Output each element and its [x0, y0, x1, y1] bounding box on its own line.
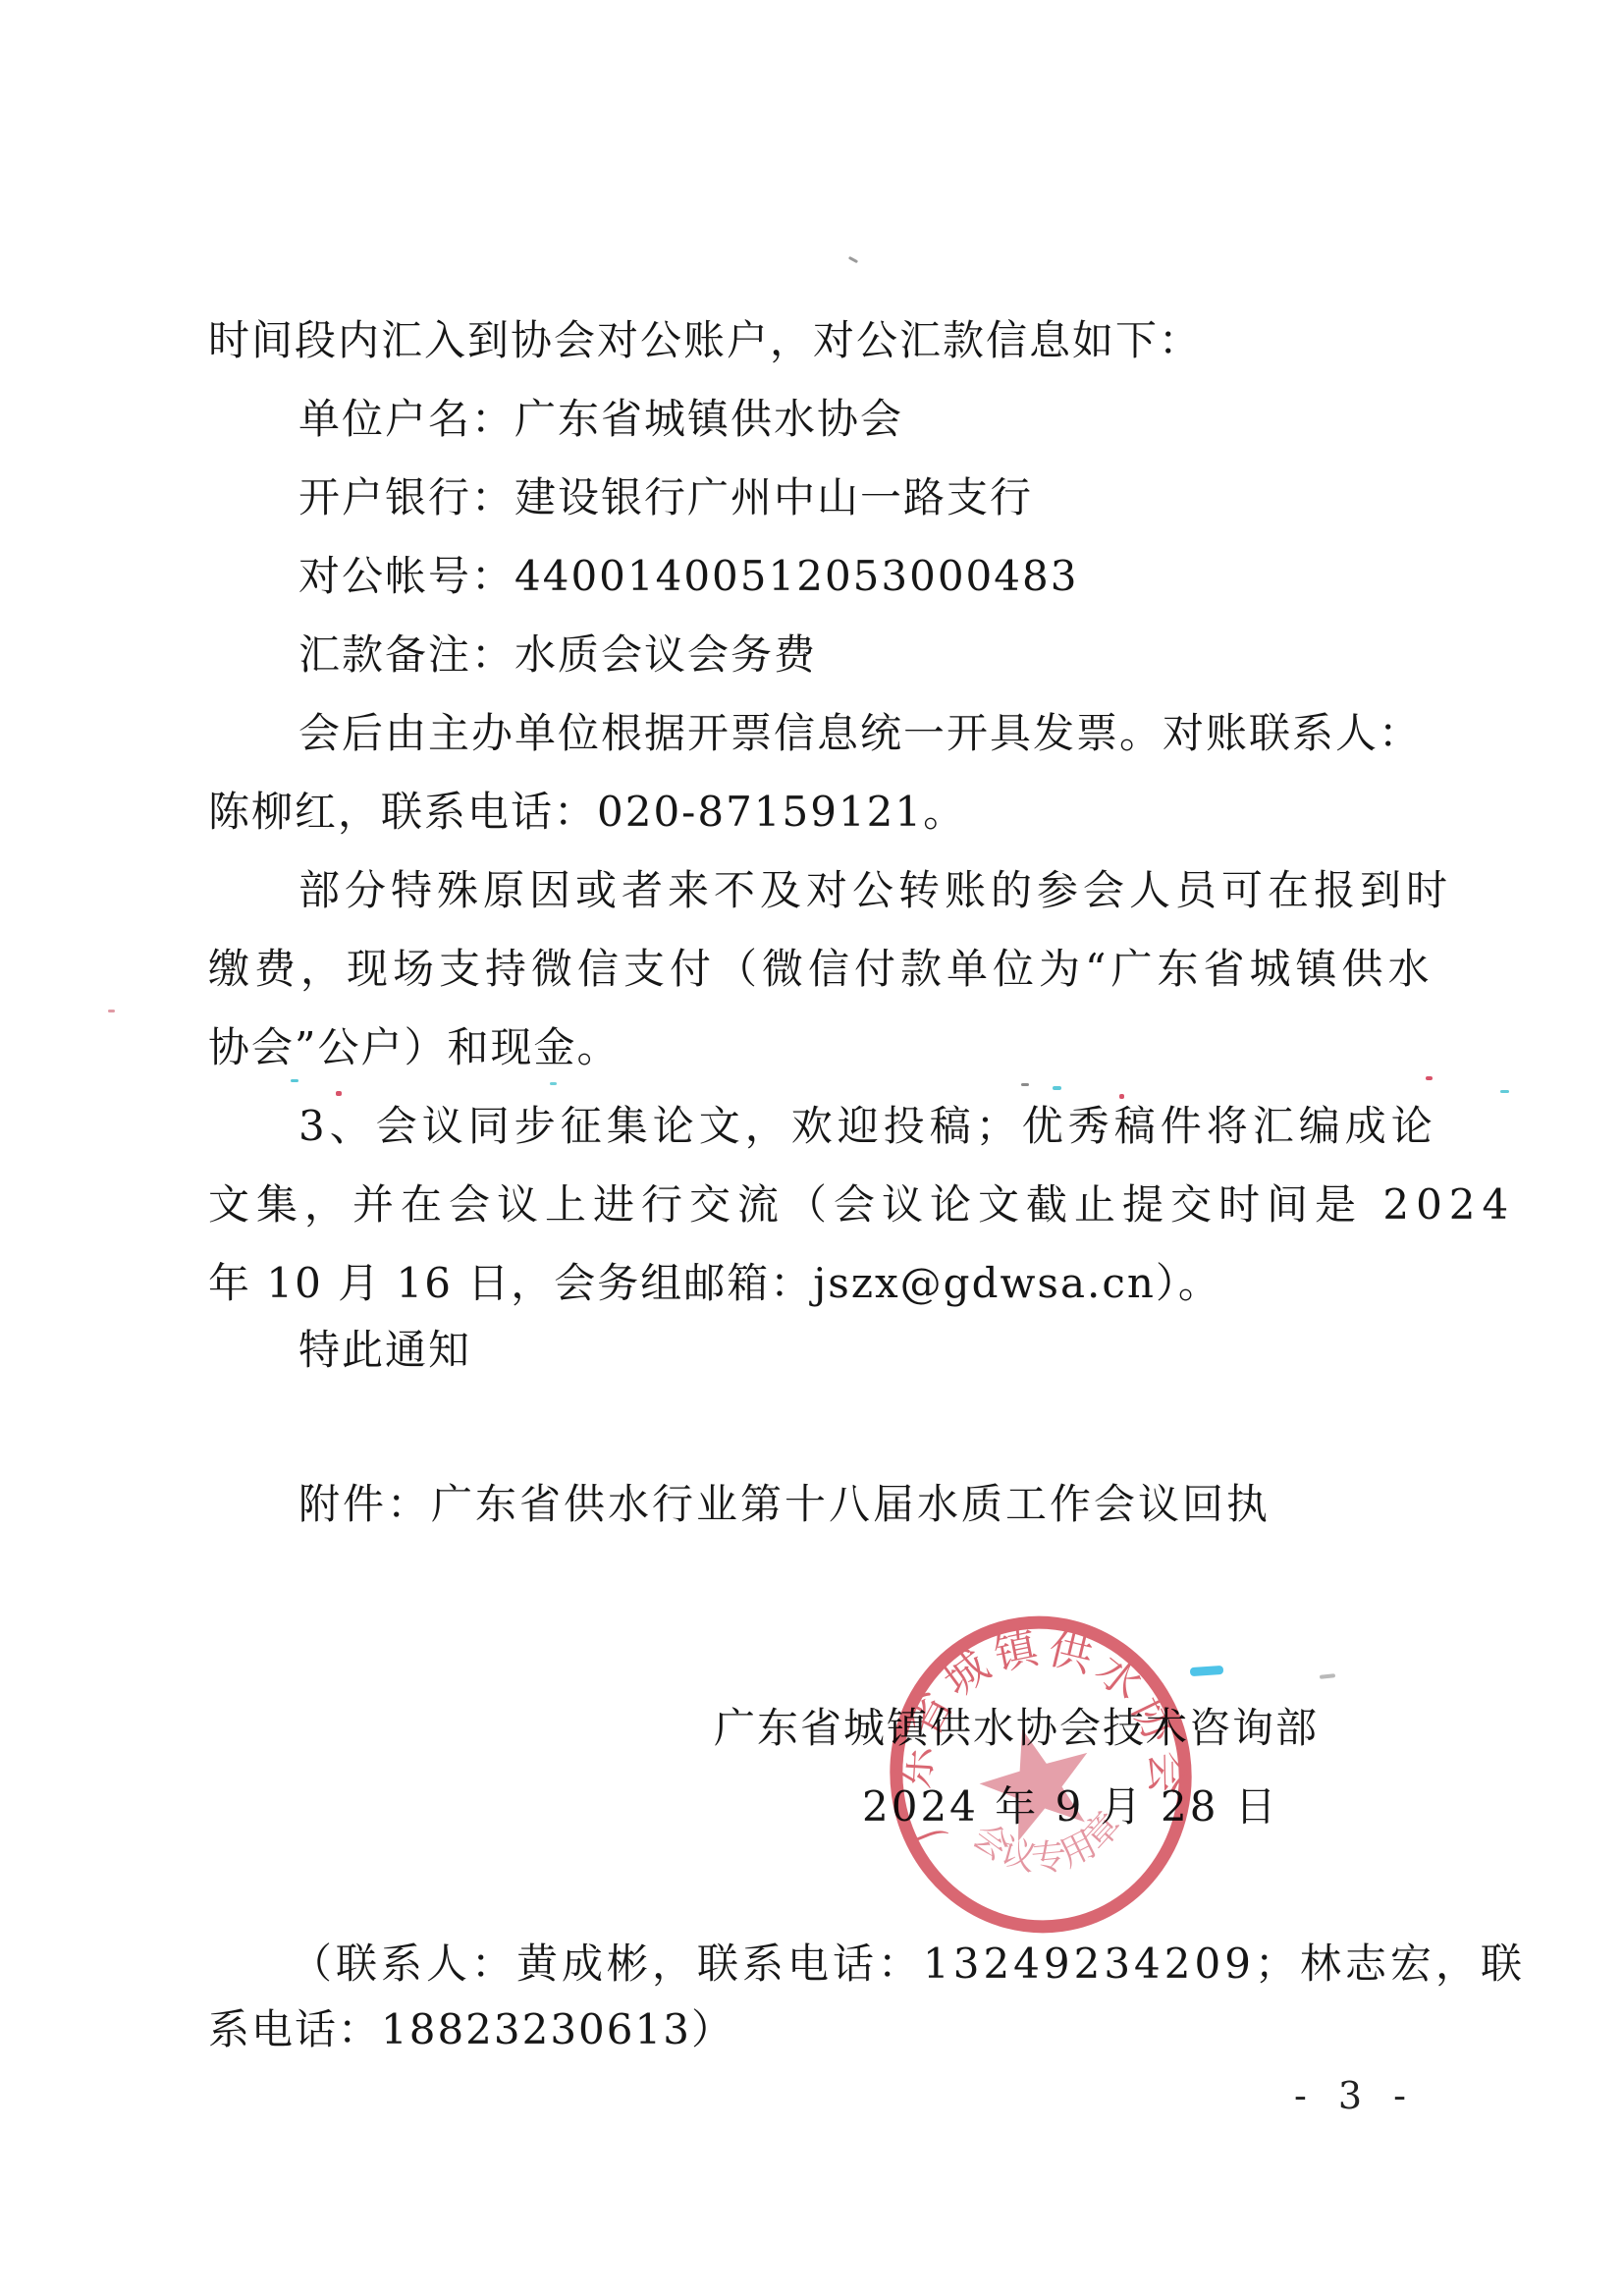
- doc-line-contacts: （联系人：黄成彬，联系电话：13249234209；林志宏，联: [291, 1943, 1526, 1985]
- doc-line: 文集，并在会议上进行交流（会议论文截止提交时间是 2024: [208, 1184, 1515, 1226]
- doc-line: 时间段内汇入到协会对公账户，对公汇款信息如下：: [208, 320, 1202, 361]
- doc-line-bank: 开户银行：建设银行广州中山一路支行: [298, 477, 1033, 519]
- scan-speck: [550, 1082, 557, 1085]
- scan-speck: [1021, 1083, 1029, 1086]
- doc-line: 部分特殊原因或者来不及对公转账的参会人员可在报到时: [298, 870, 1452, 911]
- seal-bottom-text: 会议专用章: [961, 1796, 1135, 1890]
- scan-speck: [108, 1010, 115, 1012]
- doc-line-contact-invoice: 陈柳红，联系电话：020-87159121。: [208, 792, 966, 833]
- doc-line: 协会”公户）和现金。: [208, 1027, 620, 1068]
- scan-speck: [848, 256, 858, 263]
- seal-ring-text: 广东省城镇供水协会: [887, 1612, 1195, 1852]
- scan-speck: [1053, 1086, 1061, 1090]
- scan-speck: [1500, 1090, 1509, 1093]
- doc-line-account-name: 单位户名：广东省城镇供水协会: [298, 399, 903, 440]
- doc-line: 缴费，现场支持微信支付（微信付款单位为“广东省城镇供水: [208, 949, 1434, 990]
- doc-line-account-number: 对公帐号：44001400512053000483: [298, 556, 1078, 597]
- scan-speck: [336, 1091, 342, 1096]
- seal-ring-text-holder: 广东省城镇供水协会: [887, 1612, 1195, 1852]
- doc-line: 会后由主办单位根据开票信息统一开具发票。对账联系人：: [298, 713, 1422, 754]
- doc-line-attachment: 附件：广东省供水行业第十八届水质工作会议回执: [298, 1484, 1271, 1525]
- scan-speck: [291, 1079, 298, 1082]
- seal-bottom-text-holder: 会议专用章: [961, 1796, 1135, 1890]
- scan-speck: [1190, 1666, 1224, 1676]
- page-number: - 3 -: [1294, 2074, 1416, 2117]
- official-seal: 广东省城镇供水协会 会议专用章: [887, 1612, 1195, 1938]
- scan-speck: [1426, 1076, 1433, 1080]
- scan-speck: [1119, 1094, 1124, 1099]
- doc-line-email: 年 10 月 16 日，会务组邮箱：jszx@gdwsa.cn）。: [208, 1263, 1221, 1304]
- doc-line: 3、会议同步征集论文，欢迎投稿；优秀稿件将汇编成论: [298, 1106, 1437, 1147]
- doc-line-remit-memo: 汇款备注：水质会议会务费: [298, 634, 817, 676]
- doc-line-contacts-cont: 系电话：18823230613）: [208, 2009, 734, 2050]
- doc-line-notice: 特此通知: [298, 1330, 471, 1371]
- scan-speck: [1320, 1673, 1335, 1679]
- scanned-document-page: 时间段内汇入到协会对公账户，对公汇款信息如下： 单位户名：广东省城镇供水协会 开…: [0, 0, 1623, 2296]
